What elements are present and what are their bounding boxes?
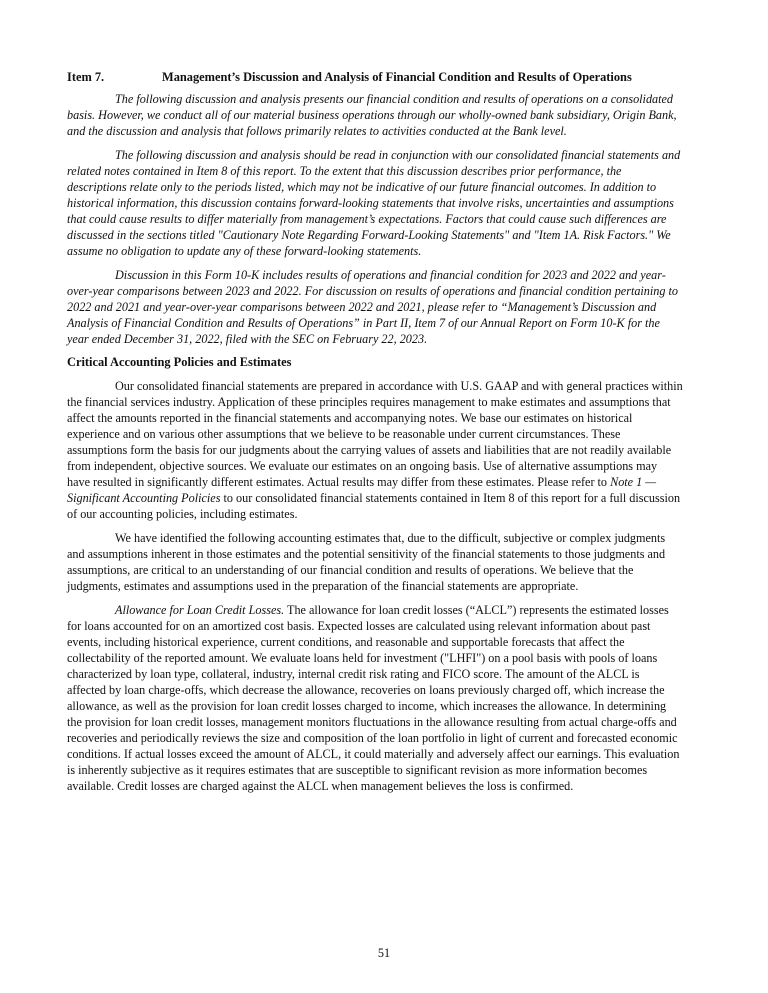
text-line: conditions. If actual losses exceed the …: [67, 746, 703, 762]
text-line: available. Credit losses are charged aga…: [67, 778, 703, 794]
text-line: Significant Accounting Policies to our c…: [67, 490, 703, 506]
critical-paragraph-1: Our consolidated financial statements ar…: [67, 378, 703, 522]
text-line: basis. However, we conduct all of our ma…: [67, 107, 703, 123]
document-page: Item 7.Management’s Discussion and Analy…: [67, 70, 703, 802]
text-line: discussed in the sections titled "Cautio…: [67, 227, 703, 243]
text-run: have resulted in significantly different…: [67, 475, 610, 489]
text-line: over-year comparisons between 2023 and 2…: [67, 283, 703, 299]
text-line: assumptions, are critical to an understa…: [67, 562, 703, 578]
text-line: descriptions relate only to the periods …: [67, 179, 703, 195]
text-line: judgments, estimates and assumptions use…: [67, 578, 703, 594]
text-line: allowance, as well as the provision for …: [67, 698, 703, 714]
page-number: 51: [0, 946, 768, 961]
text-line: the financial services industry. Applica…: [67, 394, 703, 410]
text-line: related notes contained in Item 8 of thi…: [67, 163, 703, 179]
text-line: Discussion in this Form 10-K includes re…: [67, 267, 703, 283]
critical-paragraph-2: We have identified the following account…: [67, 530, 703, 594]
text-line: and the discussion and analysis that fol…: [67, 123, 703, 139]
text-run: to our consolidated financial statements…: [220, 491, 680, 505]
text-line: characterized by loan type, collateral, …: [67, 666, 703, 682]
alcl-paragraph: Allowance for Loan Credit Losses. The al…: [67, 602, 703, 794]
text-line: is inherently subjective as it requires …: [67, 762, 703, 778]
text-line: events, including historical experience,…: [67, 634, 703, 650]
text-line: affected by loan charge-offs, which decr…: [67, 682, 703, 698]
alcl-run-in-title: Allowance for Loan Credit Losses.: [115, 603, 284, 617]
item-heading: Item 7.Management’s Discussion and Analy…: [67, 70, 703, 85]
text-line: assume no obligation to update any of th…: [67, 243, 703, 259]
text-line: The following discussion and analysis sh…: [67, 147, 703, 163]
text-line: and assumptions inherent in those estima…: [67, 546, 703, 562]
text-run: The allowance for loan credit losses (“A…: [284, 603, 669, 617]
text-line: The following discussion and analysis pr…: [67, 91, 703, 107]
text-line: We have identified the following account…: [67, 530, 703, 546]
text-line: Analysis of Financial Condition and Resu…: [67, 315, 703, 331]
note-reference: Note 1 —: [610, 475, 656, 489]
text-line: collectability of the reported amount. W…: [67, 650, 703, 666]
text-line: assumptions form the basis for our judgm…: [67, 442, 703, 458]
note-reference-title: Significant Accounting Policies: [67, 491, 220, 505]
text-line: Our consolidated financial statements ar…: [67, 378, 703, 394]
section-heading-critical-accounting: Critical Accounting Policies and Estimat…: [67, 355, 703, 370]
intro-paragraph-3: Discussion in this Form 10-K includes re…: [67, 267, 703, 347]
text-line: for loans accounted for on an amortized …: [67, 618, 703, 634]
text-line: the provision for loan credit losses, ma…: [67, 714, 703, 730]
text-line: of our accounting policies, including es…: [67, 506, 703, 522]
item-number: Item 7.: [67, 70, 162, 85]
text-line: affect the amounts reported in the finan…: [67, 410, 703, 426]
intro-paragraph-1: The following discussion and analysis pr…: [67, 91, 703, 139]
text-line: experience and on various other assumpti…: [67, 426, 703, 442]
text-line: 2022 and 2021 and year-over-year compari…: [67, 299, 703, 315]
text-line: have resulted in significantly different…: [67, 474, 703, 490]
text-line: recoveries and periodically reviews the …: [67, 730, 703, 746]
intro-paragraph-2: The following discussion and analysis sh…: [67, 147, 703, 259]
text-line: from independent, objective sources. We …: [67, 458, 703, 474]
text-line: that could cause results to differ mater…: [67, 211, 703, 227]
text-line: Allowance for Loan Credit Losses. The al…: [67, 602, 703, 618]
text-line: year ended December 31, 2022, filed with…: [67, 331, 703, 347]
item-title: Management’s Discussion and Analysis of …: [162, 70, 632, 84]
text-line: historical information, this discussion …: [67, 195, 703, 211]
